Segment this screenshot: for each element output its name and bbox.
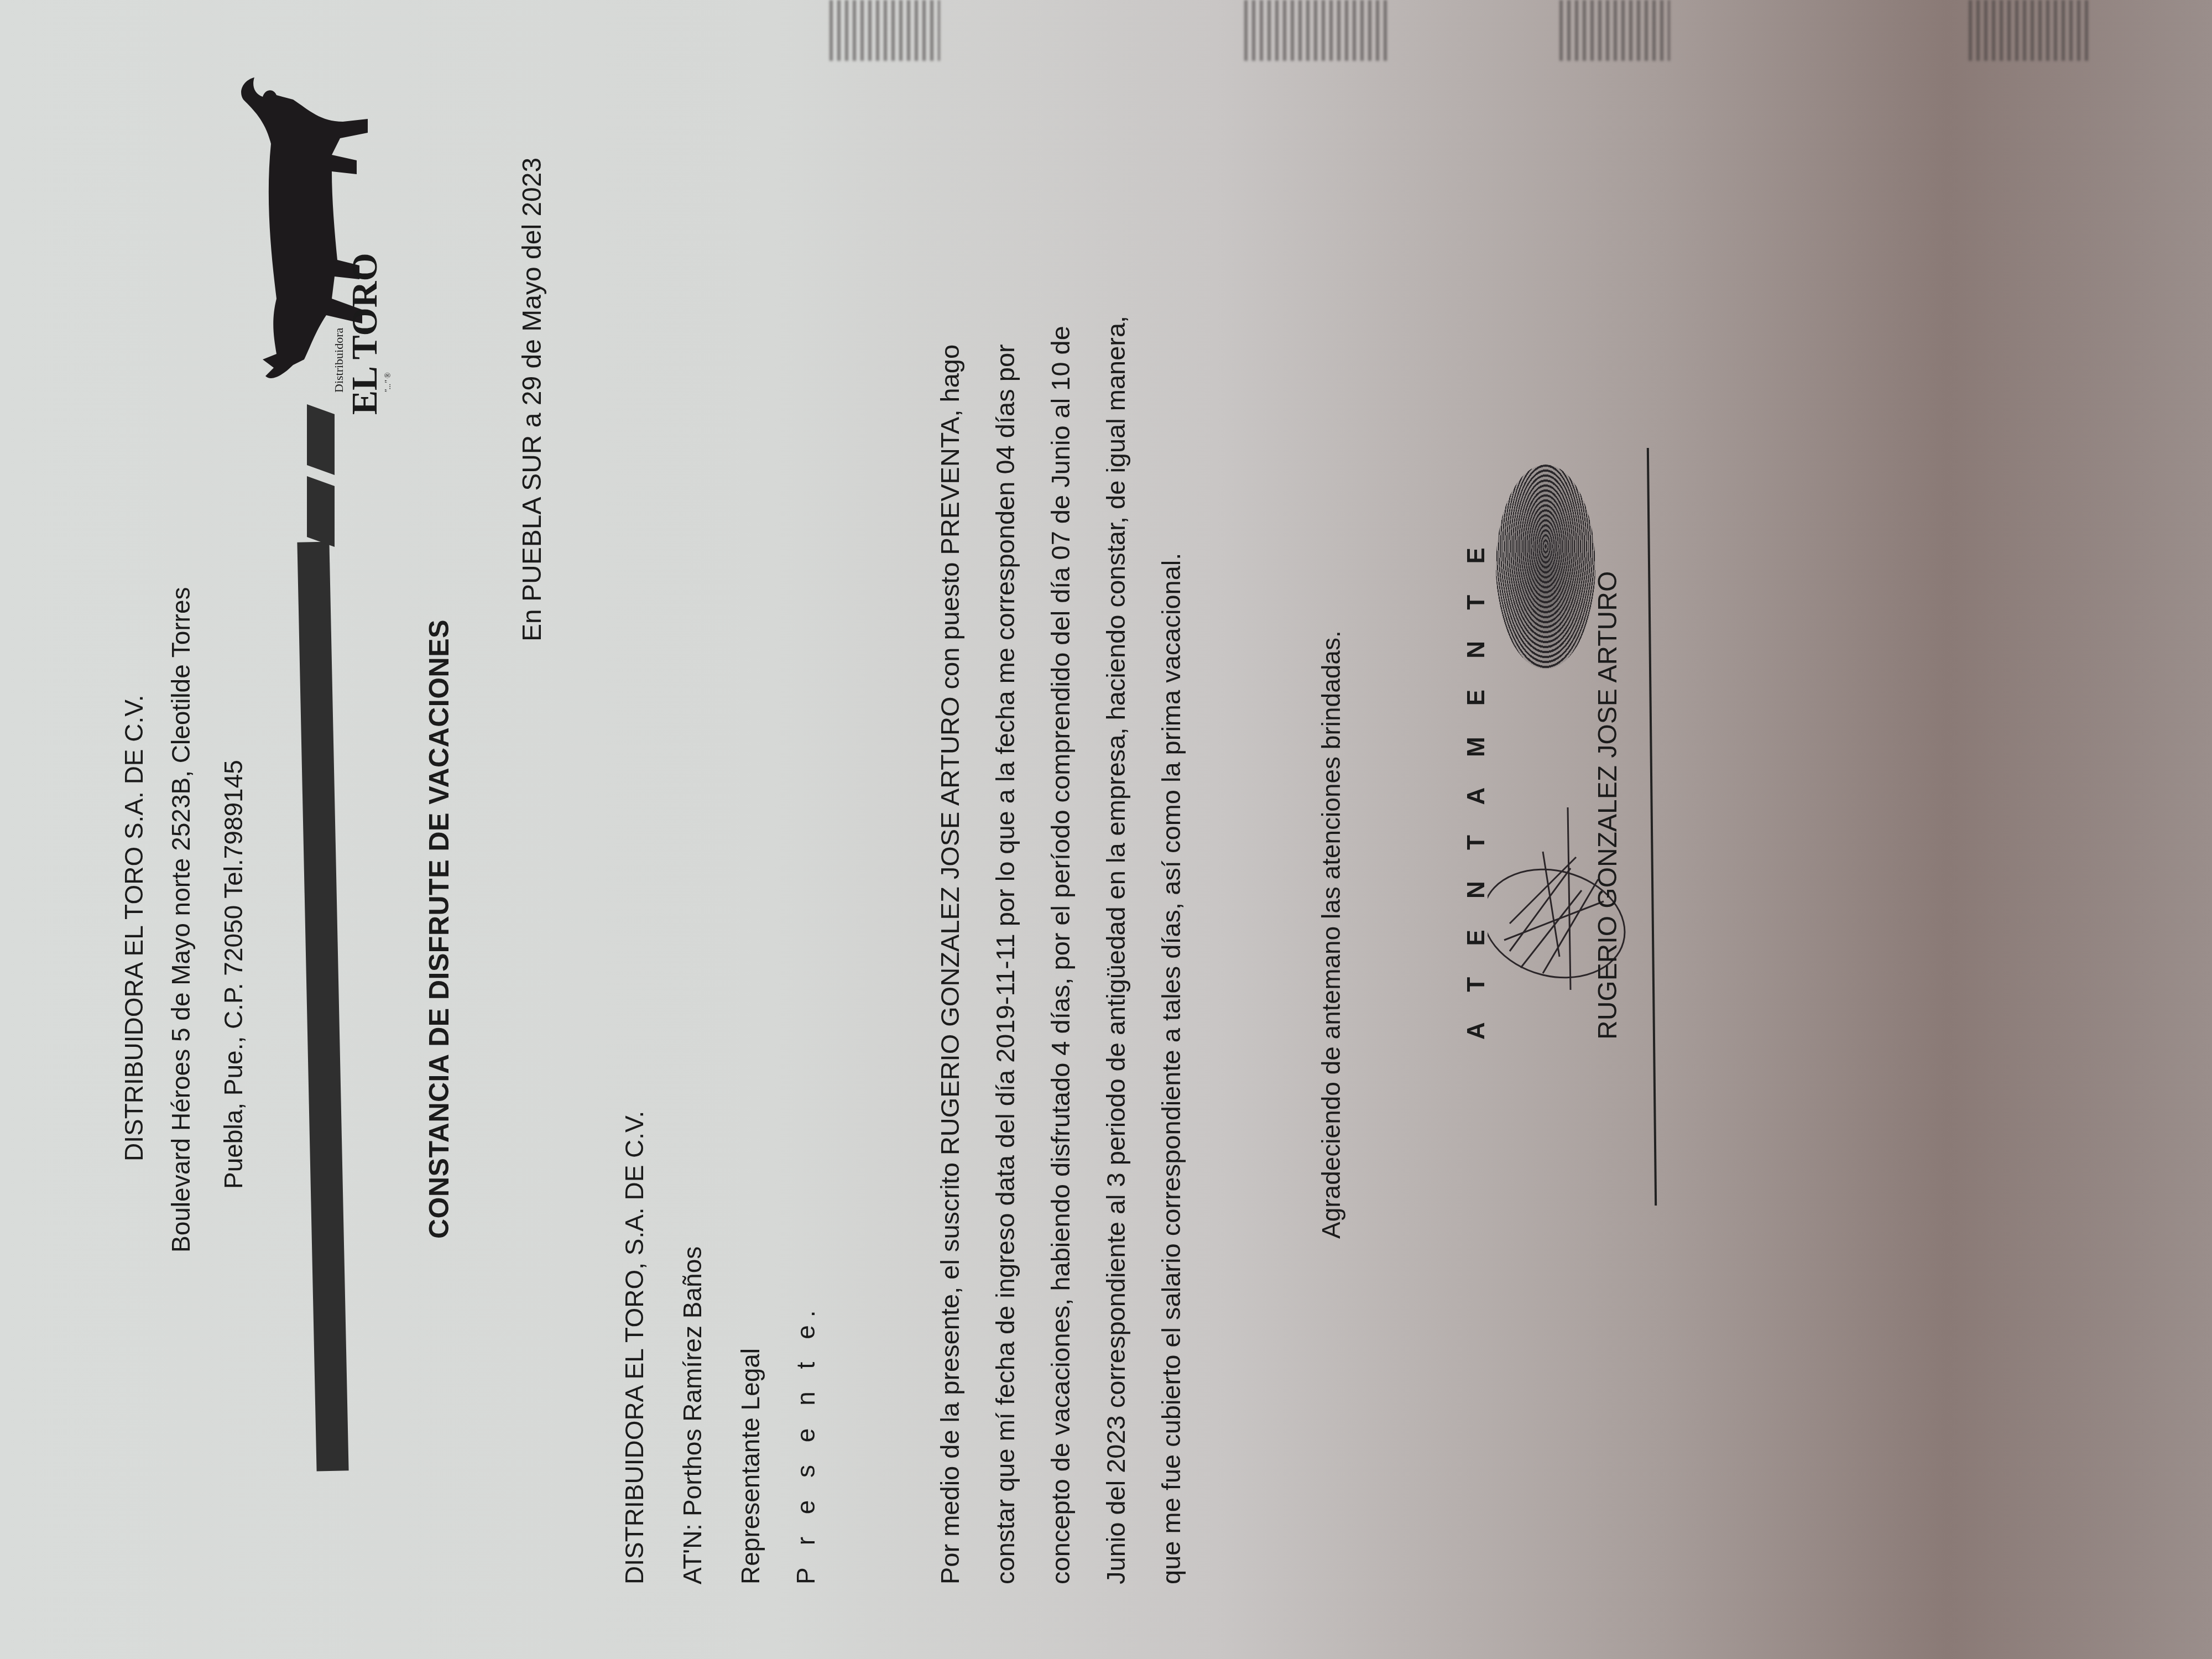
recipient-attn: AT'N: Porthos Ramírez Baños <box>677 1246 707 1584</box>
letterhead-city: Puebla, Pue., C.P. 72050 Tel.7989145 <box>218 760 248 1189</box>
sign-off: A T E N T A M E N T E <box>1463 535 1490 1040</box>
document-page: DISTRIBUIDORA EL TORO S.A. DE C.V. Boule… <box>0 0 2212 1659</box>
decorative-bar-short <box>307 404 335 475</box>
logo-brand: EL TORO <box>344 253 386 415</box>
body-line: constar que mí fecha de ingreso data del… <box>990 344 1020 1584</box>
closing-thanks: Agradeciendo de antemano las atenciones … <box>1316 630 1346 1239</box>
recipient-salutation: P r e s e n t e. <box>791 1302 821 1584</box>
body-line: concepto de vacaciones, habiendo disfrut… <box>1045 326 1076 1584</box>
decorative-bar-short <box>307 476 335 547</box>
letterhead-company: DISTRIBUIDORA EL TORO S.A. DE C.V. <box>119 695 149 1161</box>
letterhead-address: Boulevard Héroes 5 de Mayo norte 2523B, … <box>166 587 196 1253</box>
signature-line <box>1647 448 1657 1206</box>
logo-tagline: "..." ® <box>384 373 393 393</box>
body-line: Por medio de la presente, el suscrito RU… <box>935 345 965 1584</box>
place-date: En PUEBLA SUR a 29 de Mayo del 2023 <box>517 158 547 641</box>
decorative-bar-long <box>297 542 348 1472</box>
recipient-company: DISTRIBUIDORA EL TORO, S.A. DE C.V. <box>619 1111 649 1584</box>
signer-name: RUGERIO GONZALEZ JOSE ARTURO <box>1593 571 1623 1040</box>
recipient-role: Representante Legal <box>735 1348 765 1584</box>
body-line: Junio del 2023 correspondiente al 3 peri… <box>1100 316 1131 1584</box>
body-line: que me fue cubierto el salario correspon… <box>1156 553 1186 1584</box>
document-title: CONSTANCIA DE DISFRUTE DE VACACIONES <box>423 619 455 1239</box>
fingerprint-icon <box>1496 465 1595 669</box>
